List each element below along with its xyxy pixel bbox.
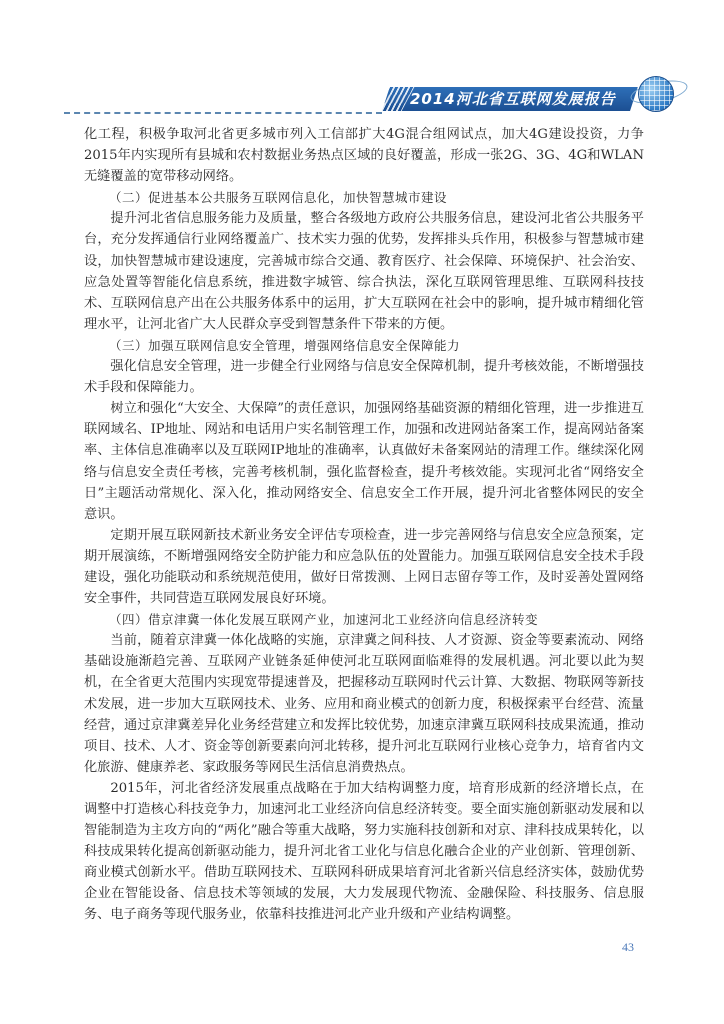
paragraph: 定期开展互联网新技术新业务安全评估专项检查，进一步完善网络与信息安全应急预案，定… (84, 525, 644, 609)
paragraph: 树立和强化“大安全、大保障”的责任意识，加强网络基础资源的精细化管理，进一步推进… (84, 398, 644, 525)
globe-icon (638, 76, 674, 112)
report-title: 2014河北省互联网发展报告 (410, 87, 616, 111)
paragraph: 强化信息安全管理，进一步健全行业网络与信息安全保障机制，提升考核效能，不断增强技… (84, 356, 644, 398)
paragraph: 2015年，河北省经济发展重点战略在于加大结构调整力度，培育形成新的经济增长点，… (84, 778, 644, 926)
page-body: 化工程，积极争取河北省更多城市列入工信部扩大4G混合组网试点，加大4G建设投资，… (84, 124, 644, 926)
paragraph: 当前，随着京津冀一体化战略的实施，京津冀之间科技、人才资源、资金等要素流动、网络… (84, 630, 644, 778)
running-header: 2014河北省互联网发展报告 (64, 76, 714, 120)
section-heading-4: （四）借京津冀一体化发展互联网产业，加速河北工业经济向信息经济转变 (84, 609, 644, 630)
section-heading-2: （二）促进基本公共服务互联网信息化，加快智慧城市建设 (84, 187, 644, 208)
paragraph: 提升河北省信息服务能力及质量，整合各级地方政府公共服务信息，建设河北省公共服务平… (84, 208, 644, 335)
header-dashed-rule (64, 112, 382, 114)
section-heading-3: （三）加强互联网信息安全管理，增强网络信息安全保障能力 (84, 335, 644, 356)
paragraph-continued: 化工程，积极争取河北省更多城市列入工信部扩大4G混合组网试点，加大4G建设投资，… (84, 124, 644, 187)
page-number: 43 (622, 940, 634, 955)
